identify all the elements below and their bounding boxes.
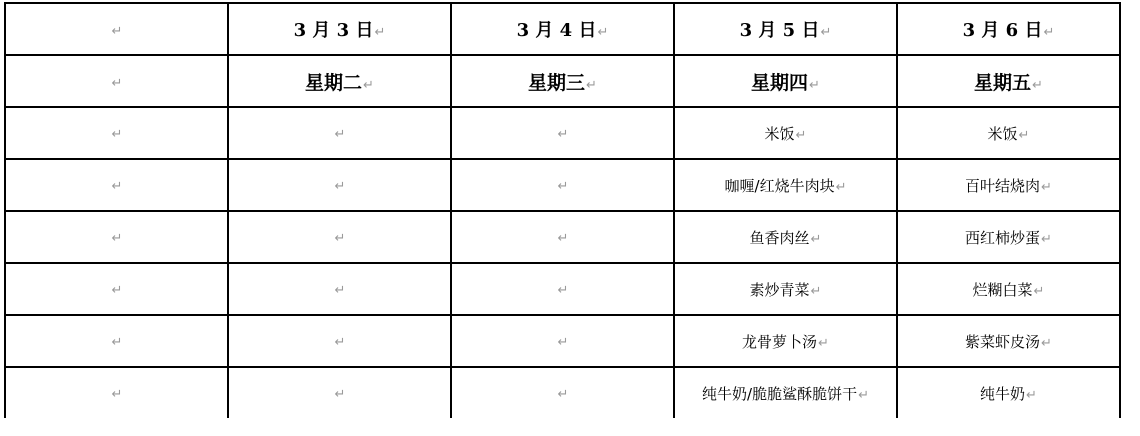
- dish-cell[interactable]: ↵: [228, 107, 451, 159]
- weekday-cell[interactable]: 星期四↵: [674, 55, 897, 107]
- cell-text: 西红柿炒蛋: [965, 229, 1040, 247]
- dish-cell[interactable]: ↵: [228, 159, 451, 211]
- cell-text: 米饭: [988, 125, 1018, 143]
- row-label-cell[interactable]: ↵: [5, 107, 228, 159]
- paragraph-mark-icon: ↵: [558, 127, 569, 142]
- paragraph-mark-icon: ↵: [597, 25, 608, 40]
- dish-cell[interactable]: ↵: [228, 315, 451, 367]
- paragraph-mark-icon: ↵: [558, 335, 569, 350]
- menu-row: ↵↵↵鱼香肉丝↵西红柿炒蛋↵: [5, 211, 1120, 263]
- dish-cell[interactable]: 龙骨萝卜汤↵: [674, 315, 897, 367]
- paragraph-mark-icon: ↵: [1041, 336, 1052, 351]
- dish-cell[interactable]: ↵: [451, 107, 674, 159]
- dish-cell[interactable]: 米饭↵: [674, 107, 897, 159]
- corner-cell[interactable]: ↵: [5, 55, 228, 107]
- dish-cell[interactable]: 百叶结烧肉↵: [897, 159, 1120, 211]
- dish-cell[interactable]: ↵: [228, 211, 451, 263]
- dish-cell[interactable]: 西红柿炒蛋↵: [897, 211, 1120, 263]
- paragraph-mark-icon: ↵: [858, 388, 869, 403]
- paragraph-mark-icon: ↵: [112, 335, 123, 350]
- paragraph-mark-icon: ↵: [836, 180, 847, 195]
- weekday-cell[interactable]: 星期五↵: [897, 55, 1120, 107]
- row-label-cell[interactable]: ↵: [5, 211, 228, 263]
- menu-row: ↵↵↵咖喱/红烧牛肉块↵百叶结烧肉↵: [5, 159, 1120, 211]
- paragraph-mark-icon: ↵: [112, 76, 123, 91]
- cell-text: 纯牛奶/脆脆鲨酥脆饼干: [702, 385, 857, 403]
- menu-row: ↵↵↵纯牛奶/脆脆鲨酥脆饼干↵纯牛奶↵: [5, 367, 1120, 418]
- paragraph-mark-icon: ↵: [112, 179, 123, 194]
- paragraph-mark-icon: ↵: [335, 231, 346, 246]
- corner-cell[interactable]: ↵: [5, 3, 228, 55]
- dish-cell[interactable]: ↵: [451, 263, 674, 315]
- paragraph-mark-icon: ↵: [558, 387, 569, 402]
- paragraph-mark-icon: ↵: [820, 25, 831, 40]
- paragraph-mark-icon: ↵: [586, 78, 597, 93]
- cell-text: 米饭: [765, 125, 795, 143]
- weekday-cell[interactable]: 星期二↵: [228, 55, 451, 107]
- paragraph-mark-icon: ↵: [809, 78, 820, 93]
- paragraph-mark-icon: ↵: [112, 127, 123, 142]
- paragraph-mark-icon: ↵: [112, 24, 123, 39]
- dish-cell[interactable]: 纯牛奶/脆脆鲨酥脆饼干↵: [674, 367, 897, 418]
- dish-cell[interactable]: ↵: [451, 367, 674, 418]
- paragraph-mark-icon: ↵: [818, 336, 829, 351]
- date-cell[interactable]: 3 月 5 日↵: [674, 3, 897, 55]
- paragraph-mark-icon: ↵: [558, 231, 569, 246]
- dish-cell[interactable]: ↵: [451, 211, 674, 263]
- paragraph-mark-icon: ↵: [1026, 388, 1037, 403]
- paragraph-mark-icon: ↵: [112, 283, 123, 298]
- menu-table: ↵ 3 月 3 日↵ 3 月 4 日↵ 3 月 5 日↵ 3 月 6 日↵ ↵ …: [4, 2, 1121, 418]
- dish-cell[interactable]: 烂糊白菜↵: [897, 263, 1120, 315]
- paragraph-mark-icon: ↵: [363, 78, 374, 93]
- cell-text: 烂糊白菜: [973, 281, 1033, 299]
- paragraph-mark-icon: ↵: [112, 231, 123, 246]
- dish-cell[interactable]: ↵: [228, 263, 451, 315]
- menu-row: ↵↵↵龙骨萝卜汤↵紫菜虾皮汤↵: [5, 315, 1120, 367]
- paragraph-mark-icon: ↵: [1041, 232, 1052, 247]
- weekday-row: ↵ 星期二↵ 星期三↵ 星期四↵ 星期五↵: [5, 55, 1120, 107]
- date-cell[interactable]: 3 月 4 日↵: [451, 3, 674, 55]
- paragraph-mark-icon: ↵: [374, 25, 385, 40]
- paragraph-mark-icon: ↵: [335, 127, 346, 142]
- paragraph-mark-icon: ↵: [1034, 284, 1045, 299]
- menu-row: ↵↵↵米饭↵米饭↵: [5, 107, 1120, 159]
- paragraph-mark-icon: ↵: [811, 284, 822, 299]
- dish-cell[interactable]: 素炒青菜↵: [674, 263, 897, 315]
- cell-text: 紫菜虾皮汤: [965, 333, 1040, 351]
- paragraph-mark-icon: ↵: [1032, 78, 1043, 93]
- paragraph-mark-icon: ↵: [335, 335, 346, 350]
- cell-text: 纯牛奶: [980, 385, 1025, 403]
- weekday-cell[interactable]: 星期三↵: [451, 55, 674, 107]
- dish-cell[interactable]: ↵: [451, 159, 674, 211]
- paragraph-mark-icon: ↵: [1019, 128, 1030, 143]
- row-label-cell[interactable]: ↵: [5, 315, 228, 367]
- paragraph-mark-icon: ↵: [811, 232, 822, 247]
- dish-cell[interactable]: ↵: [451, 315, 674, 367]
- cell-text: 素炒青菜: [750, 281, 810, 299]
- dish-cell[interactable]: 鱼香肉丝↵: [674, 211, 897, 263]
- cell-text: 龙骨萝卜汤: [742, 333, 817, 351]
- paragraph-mark-icon: ↵: [558, 283, 569, 298]
- paragraph-mark-icon: ↵: [335, 387, 346, 402]
- paragraph-mark-icon: ↵: [335, 179, 346, 194]
- cell-text: 咖喱/红烧牛肉块: [725, 177, 835, 195]
- cell-text: 鱼香肉丝: [750, 229, 810, 247]
- paragraph-mark-icon: ↵: [796, 128, 807, 143]
- dish-cell[interactable]: 米饭↵: [897, 107, 1120, 159]
- paragraph-mark-icon: ↵: [335, 283, 346, 298]
- dish-cell[interactable]: 咖喱/红烧牛肉块↵: [674, 159, 897, 211]
- row-label-cell[interactable]: ↵: [5, 159, 228, 211]
- date-cell[interactable]: 3 月 6 日↵: [897, 3, 1120, 55]
- paragraph-mark-icon: ↵: [1043, 25, 1054, 40]
- dish-cell[interactable]: 紫菜虾皮汤↵: [897, 315, 1120, 367]
- row-label-cell[interactable]: ↵: [5, 263, 228, 315]
- dish-cell[interactable]: ↵: [228, 367, 451, 418]
- date-header-row: ↵ 3 月 3 日↵ 3 月 4 日↵ 3 月 5 日↵ 3 月 6 日↵: [5, 3, 1120, 55]
- row-label-cell[interactable]: ↵: [5, 367, 228, 418]
- dish-cell[interactable]: 纯牛奶↵: [897, 367, 1120, 418]
- paragraph-mark-icon: ↵: [1041, 180, 1052, 195]
- date-cell[interactable]: 3 月 3 日↵: [228, 3, 451, 55]
- cell-text: 百叶结烧肉: [965, 177, 1040, 195]
- paragraph-mark-icon: ↵: [558, 179, 569, 194]
- menu-row: ↵↵↵素炒青菜↵烂糊白菜↵: [5, 263, 1120, 315]
- paragraph-mark-icon: ↵: [112, 387, 123, 402]
